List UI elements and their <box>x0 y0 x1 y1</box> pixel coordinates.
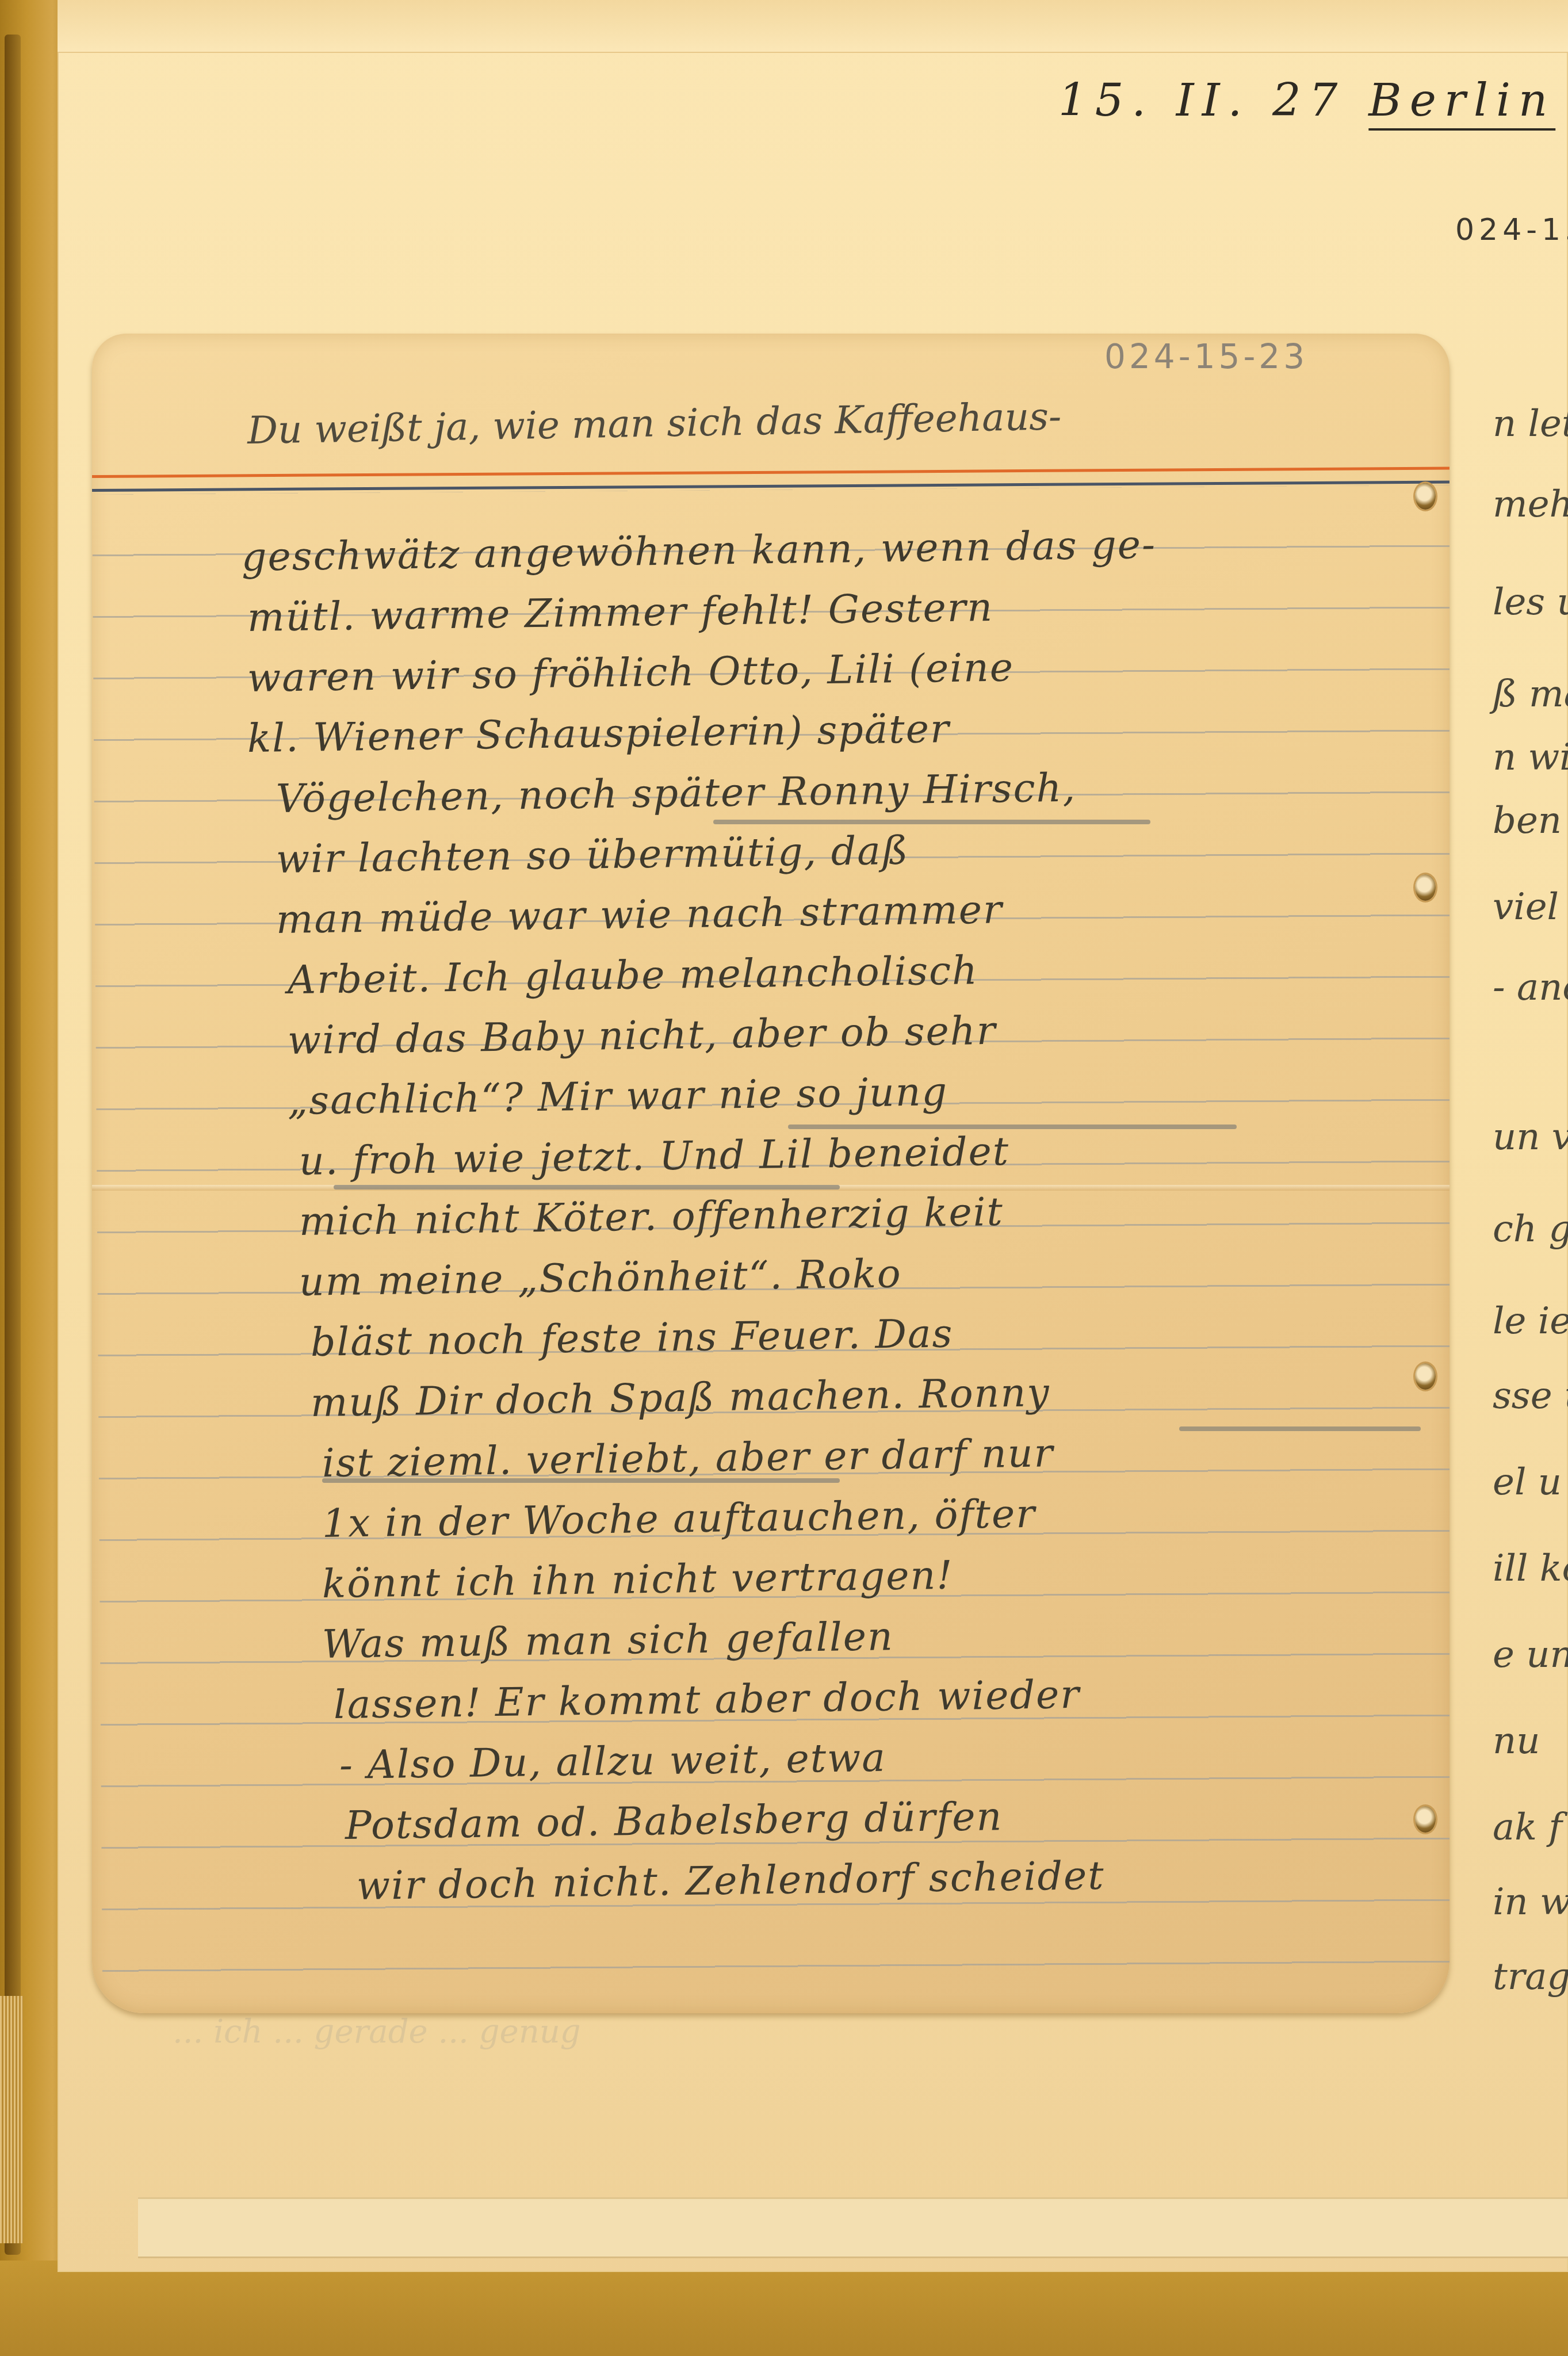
pencil-underline <box>788 1125 1237 1129</box>
fragment: sse u <box>1493 1375 1568 1417</box>
punch-hole <box>1415 874 1436 901</box>
binder-spine <box>5 35 21 2255</box>
archive-reference: 024-15-23 <box>1104 337 1308 376</box>
handwritten-line: „sachlich“? Mir war nie so jung <box>287 1069 948 1124</box>
fragment: in w <box>1493 1881 1568 1923</box>
pencil-underline <box>1179 1426 1421 1431</box>
handwritten-line: - Also Du, allzu weit, etwa <box>339 1735 886 1788</box>
margin-rule-red <box>92 467 1450 478</box>
fragment: ak f <box>1493 1806 1562 1849</box>
fragment: les un <box>1493 581 1568 624</box>
handwritten-line: Du weißt ja, wie man sich das Kaffeehaus… <box>247 394 1062 453</box>
fragment: n letz <box>1493 403 1568 445</box>
handwritten-line: um meine „Schönheit“. Roko <box>299 1251 902 1305</box>
page-stack-edge <box>0 1996 23 2243</box>
handwritten-line: Potsdam od. Babelsberg dürfen <box>345 1794 1003 1849</box>
stacked-sheet-edges <box>138 2197 1568 2258</box>
fragment: trag <box>1493 1956 1568 1998</box>
fragment: le ie <box>1493 1300 1568 1343</box>
fragment: viel a <box>1493 886 1568 928</box>
fragment: - anc <box>1493 966 1568 1009</box>
punch-hole <box>1415 483 1436 510</box>
handwritten-line: bläst noch feste ins Feuer. Das <box>310 1311 953 1366</box>
fragment: mehr <box>1493 483 1568 526</box>
folder-bottom-edge <box>0 2261 1568 2356</box>
letter-place: Berlin <box>1368 75 1555 127</box>
fragment: e un <box>1493 1634 1568 1676</box>
pencil-underline <box>334 1185 840 1190</box>
punch-hole <box>1415 1806 1436 1833</box>
faint-bleedthrough-text: ... ich ... gerade ... genug <box>173 2013 581 2051</box>
fragment: nu <box>1493 1720 1540 1762</box>
letter-dateline: 15. II. 27Berlin <box>1058 75 1555 127</box>
fragment: ch ga <box>1493 1208 1568 1250</box>
handwritten-line: wir lachten so übermütig, daß <box>276 828 909 882</box>
pencil-underline <box>713 820 1150 824</box>
handwritten-line: Was muß man sich gefallen <box>322 1614 894 1667</box>
fragment: ben <box>1493 800 1562 842</box>
fragment: ill ko <box>1493 1547 1568 1590</box>
pencil-underline <box>322 1478 840 1483</box>
fragment: ß ma <box>1493 673 1568 716</box>
underlying-letter-top-edge <box>58 0 1568 53</box>
archive-reference-underlying: 024-15- <box>1455 213 1568 247</box>
fragment: n wir <box>1493 736 1568 779</box>
handwritten-line: Arbeit. Ich glaube melancholisch <box>287 948 978 1003</box>
handwritten-line: könnt ich ihn nicht vertragen! <box>322 1553 954 1607</box>
fragment: el u <box>1493 1461 1562 1504</box>
punch-hole <box>1415 1363 1436 1390</box>
enclosed-letter-sheet: 024-15-23 Du weißt ja, wie man sich das … <box>92 334 1450 2013</box>
letter-date: 15. II. 27 <box>1058 75 1345 127</box>
fragment: un v <box>1493 1116 1568 1158</box>
